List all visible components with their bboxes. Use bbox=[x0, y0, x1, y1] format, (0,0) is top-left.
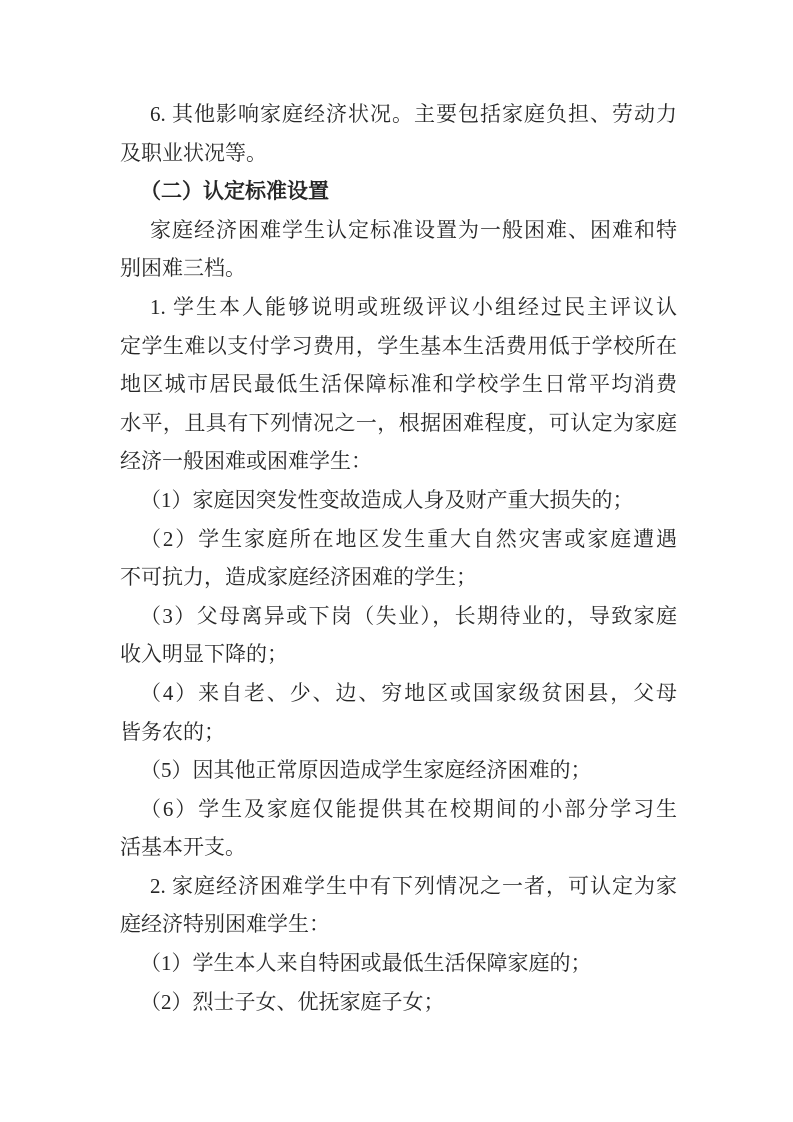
paragraph: 家庭经济困难学生认定标准设置为一般困难、困难和特别困难三档。 bbox=[120, 211, 677, 288]
text-line: 水平，且具有下列情况之一，根据困难程度，可认定为家庭 bbox=[120, 404, 677, 443]
paragraph: （3）父母离异或下岗（失业），长期待业的，导致家庭收入明显下降的； bbox=[120, 597, 677, 674]
text-line: 定学生难以支付学习费用，学生基本生活费用低于学校所在 bbox=[120, 327, 677, 366]
section-heading: （二）认定标准设置 bbox=[120, 172, 677, 211]
paragraph: （4）来自老、少、边、穷地区或国家级贫困县，父母皆务农的； bbox=[120, 674, 677, 751]
text-line: 活基本开支。 bbox=[120, 828, 677, 867]
text-line: 2. 家庭经济困难学生中有下列情况之一者，可认定为家 bbox=[120, 867, 677, 906]
paragraph: （5）因其他正常原因造成学生家庭经济困难的； bbox=[120, 751, 677, 790]
text-line: （2）烈士子女、优抚家庭子女； bbox=[120, 983, 677, 1022]
paragraph: （1）家庭因突发性变故造成人身及财产重大损失的； bbox=[120, 481, 677, 520]
text-line: 经济一般困难或困难学生： bbox=[120, 442, 677, 481]
text-line: 家庭经济困难学生认定标准设置为一般困难、困难和特 bbox=[120, 211, 677, 250]
text-line: 别困难三档。 bbox=[120, 249, 677, 288]
text-line: （1）家庭因突发性变故造成人身及财产重大损失的； bbox=[120, 481, 677, 520]
paragraph: （2）学生家庭所在地区发生重大自然灾害或家庭遭遇不可抗力，造成家庭经济困难的学生… bbox=[120, 520, 677, 597]
text-line: 及职业状况等。 bbox=[120, 134, 677, 173]
text-line: （3）父母离异或下岗（失业），长期待业的，导致家庭 bbox=[120, 597, 677, 636]
text-line: 收入明显下降的； bbox=[120, 635, 677, 674]
text-line: 庭经济特别困难学生： bbox=[120, 905, 677, 944]
text-line: 地区城市居民最低生活保障标准和学校学生日常平均消费 bbox=[120, 365, 677, 404]
text-line: （4）来自老、少、边、穷地区或国家级贫困县，父母 bbox=[120, 674, 677, 713]
text-line: （1）学生本人来自特困或最低生活保障家庭的； bbox=[120, 944, 677, 983]
paragraph: 6. 其他影响家庭经济状况。主要包括家庭负担、劳动力及职业状况等。 bbox=[120, 95, 677, 172]
text-line: 皆务农的； bbox=[120, 713, 677, 752]
text-line: 6. 其他影响家庭经济状况。主要包括家庭负担、劳动力 bbox=[120, 95, 677, 134]
document-page: 6. 其他影响家庭经济状况。主要包括家庭负担、劳动力及职业状况等。（二）认定标准… bbox=[0, 0, 793, 1122]
text-line: （2）学生家庭所在地区发生重大自然灾害或家庭遭遇 bbox=[120, 520, 677, 559]
paragraph: （1）学生本人来自特困或最低生活保障家庭的； bbox=[120, 944, 677, 983]
heading-text-line: （二）认定标准设置 bbox=[120, 172, 677, 211]
document-content: 6. 其他影响家庭经济状况。主要包括家庭负担、劳动力及职业状况等。（二）认定标准… bbox=[120, 95, 677, 1021]
paragraph: 1. 学生本人能够说明或班级评议小组经过民主评议认定学生难以支付学习费用，学生基… bbox=[120, 288, 677, 481]
text-line: 1. 学生本人能够说明或班级评议小组经过民主评议认 bbox=[120, 288, 677, 327]
text-line: （5）因其他正常原因造成学生家庭经济困难的； bbox=[120, 751, 677, 790]
text-line: 不可抗力，造成家庭经济困难的学生； bbox=[120, 558, 677, 597]
text-line: （6）学生及家庭仅能提供其在校期间的小部分学习生 bbox=[120, 790, 677, 829]
paragraph: 2. 家庭经济困难学生中有下列情况之一者，可认定为家庭经济特别困难学生： bbox=[120, 867, 677, 944]
paragraph: （6）学生及家庭仅能提供其在校期间的小部分学习生活基本开支。 bbox=[120, 790, 677, 867]
paragraph: （2）烈士子女、优抚家庭子女； bbox=[120, 983, 677, 1022]
